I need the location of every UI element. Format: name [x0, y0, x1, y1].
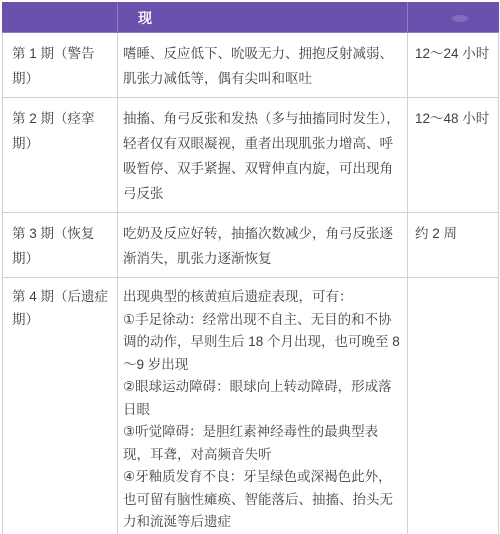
manifestation-cell: 出现典型的核黄疸后遗症表现，可有： ①手足徐动：经常出现不自主、无目的和不协调的… — [118, 278, 408, 534]
manifestation-text: 抽搐、角弓反张和发热（多与抽搐同时发生），轻者仅有双眼凝视，重者出现肌张力增高、… — [123, 106, 403, 206]
stage-cell: 第 1 期（警告期） — [3, 33, 118, 98]
table-header-row: 现 — [3, 3, 499, 33]
header-cell-stage — [3, 3, 118, 33]
page: 现 第 1 期（警告期） 嗜睡、反应低下、吮吸无力、拥抱反射减弱、肌张力减低等，… — [0, 0, 500, 534]
table-row: 第 2 期（痉挛期） 抽搐、角弓反张和发热（多与抽搐同时发生），轻者仅有双眼凝视… — [3, 98, 499, 213]
manifestation-cell: 嗜睡、反应低下、吮吸无力、拥抱反射减弱、肌张力减低等，偶有尖叫和呕吐 — [118, 33, 408, 98]
duration-cell: 约 2 周 — [408, 213, 499, 278]
stage-cell: 第 2 期（痉挛期） — [3, 98, 118, 213]
faint-artifact — [452, 15, 468, 22]
manifestation-text: 嗜睡、反应低下、吮吸无力、拥抱反射减弱、肌张力减低等，偶有尖叫和呕吐 — [123, 41, 403, 91]
stage-cell: 第 3 期（恢复期） — [3, 213, 118, 278]
manifestation-item-1: ①手足徐动：经常出现不自主、无目的和不协调的动作，早则生后 18 个月出现，也可… — [123, 309, 403, 377]
duration-cell: 12～24 小时 — [408, 33, 499, 98]
manifestation-text: 吃奶及反应好转，抽搐次数减少，角弓反张逐渐消失，肌张力逐渐恢复 — [123, 221, 403, 271]
table-row: 第 1 期（警告期） 嗜睡、反应低下、吮吸无力、拥抱反射减弱、肌张力减低等，偶有… — [3, 33, 499, 98]
manifestation-item-2: ②眼球运动障碍：眼球向上转动障碍，形成落日眼 — [123, 376, 403, 421]
manifestation-intro: 出现典型的核黄疸后遗症表现，可有： — [123, 286, 403, 309]
stage-cell: 第 4 期（后遗症期） — [3, 278, 118, 534]
manifestation-item-4: ④牙釉质发育不良：牙呈绿色或深褐色此外，也可留有脑性瘫痪、智能落后、抽搐、抬头无… — [123, 466, 403, 534]
header-cell-manifestation: 现 — [118, 3, 408, 33]
manifestation-cell: 抽搐、角弓反张和发热（多与抽搐同时发生），轻者仅有双眼凝视，重者出现肌张力增高、… — [118, 98, 408, 213]
manifestation-cell: 吃奶及反应好转，抽搐次数减少，角弓反张逐渐消失，肌张力逐渐恢复 — [118, 213, 408, 278]
kernicterus-stages-table: 现 第 1 期（警告期） 嗜睡、反应低下、吮吸无力、拥抱反射减弱、肌张力减低等，… — [2, 2, 499, 534]
duration-cell — [408, 278, 499, 534]
manifestation-item-3: ③听觉障碍：是胆红素神经毒性的最典型表现，耳聋，对高频音失听 — [123, 421, 403, 466]
table-row: 第 4 期（后遗症期） 出现典型的核黄疸后遗症表现，可有： ①手足徐动：经常出现… — [3, 278, 499, 534]
duration-cell: 12～48 小时 — [408, 98, 499, 213]
header-cell-time — [408, 3, 499, 33]
table-row: 第 3 期（恢复期） 吃奶及反应好转，抽搐次数减少，角弓反张逐渐消失，肌张力逐渐… — [3, 213, 499, 278]
